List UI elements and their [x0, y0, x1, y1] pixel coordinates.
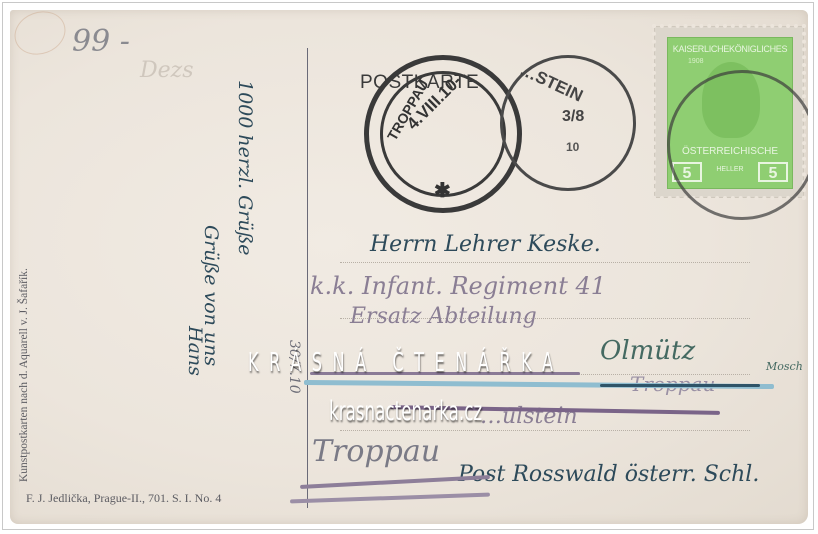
address-line-guide	[340, 262, 750, 263]
postmark-year: 10	[566, 140, 579, 154]
address-divider	[307, 48, 308, 508]
message-line-1: 1000 herzl. Grüße	[234, 80, 256, 256]
address-line-2: k.k. Infant. Regiment 41	[310, 272, 606, 300]
address-line-4: Olmütz	[600, 336, 695, 366]
address-line-3: Ersatz Abteilung	[350, 304, 537, 329]
paper-stain	[10, 10, 72, 62]
faded-pencil-note: Dezs	[140, 58, 194, 83]
artist-credit: Kunstpostkarten nach d. Aquarell v. J. Š…	[18, 268, 30, 482]
postmark-date: 3/8	[562, 108, 584, 126]
stamp-year: 1908	[688, 58, 704, 65]
address-line-guide	[340, 430, 750, 431]
watermark-title: KRÁSNÁ ČTENÁŘKA	[248, 348, 564, 378]
watermark-url: krasnactenarka.cz	[329, 396, 482, 427]
postcard: 99 - Dezs Kunstpostkarten nach d. Aquare…	[10, 10, 808, 524]
ink-strike-through	[600, 384, 760, 387]
postmark-ornament: ✱	[434, 178, 451, 203]
address-line-7: Troppau	[312, 434, 440, 469]
publisher-line: F. J. Jedlička, Prague-II., 701. S. I. N…	[26, 491, 221, 506]
address-line-1: Herrn Lehrer Keske.	[370, 232, 601, 257]
catalog-number: 99 -	[72, 24, 130, 59]
violet-strike-through	[290, 493, 490, 504]
address-note: Mosch	[766, 360, 803, 373]
message-signature: Hans	[184, 326, 206, 376]
stamp-top-text: KAISERLICHEKÖNIGLICHES	[668, 44, 792, 54]
address-line-8: Post Rosswald österr. Schl.	[458, 462, 759, 487]
postmark-cancel-on-stamp	[667, 70, 808, 220]
